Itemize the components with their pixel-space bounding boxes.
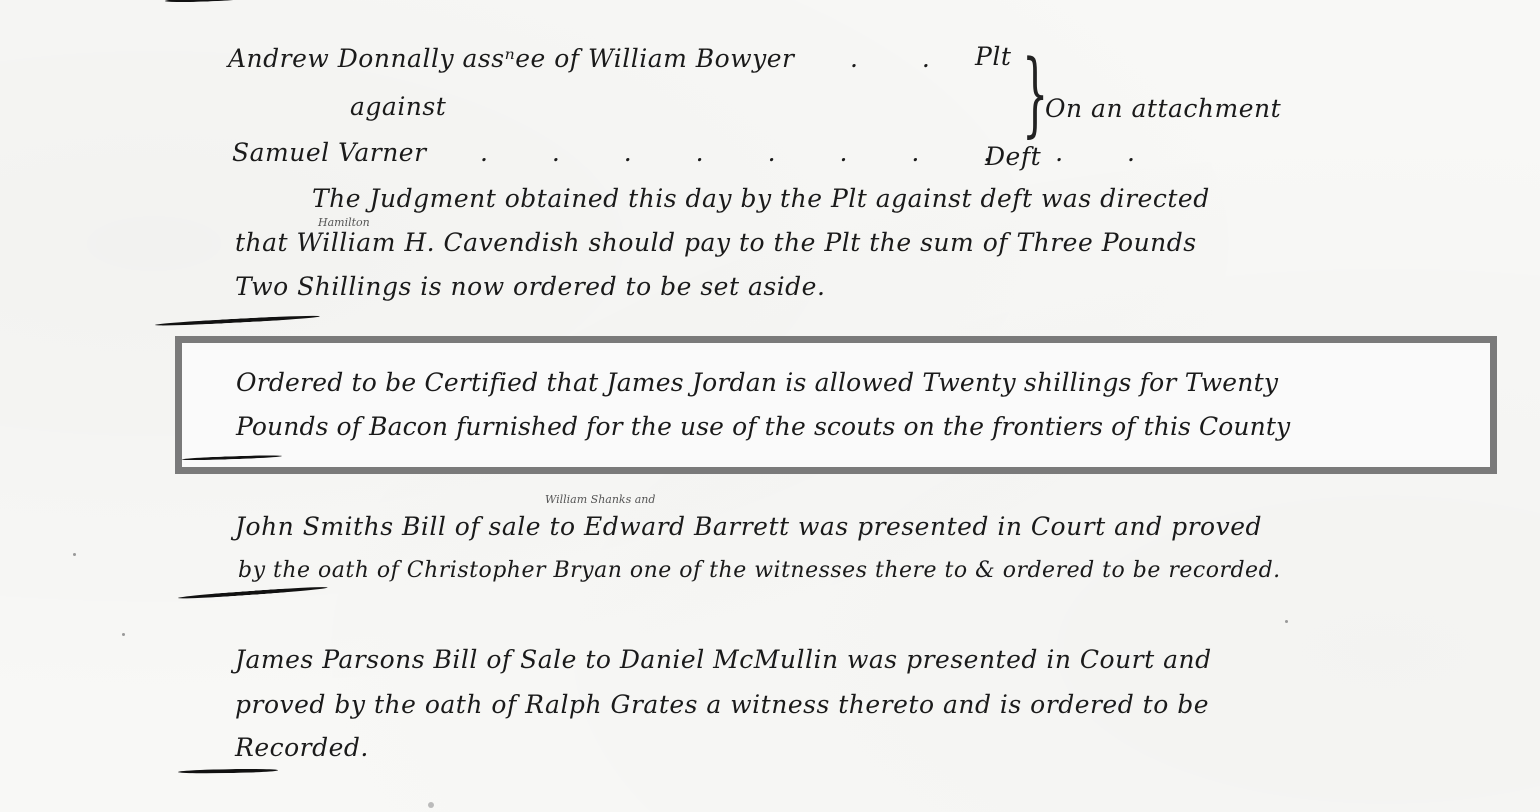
entry-line: that William H. Cavendish should pay to … bbox=[235, 228, 1197, 257]
separator-flourish bbox=[165, 0, 245, 3]
entry-line: proved by the oath of Ralph Grates a wit… bbox=[235, 690, 1209, 719]
document-page: Andrew Donnally assⁿee of William Bowyer… bbox=[0, 0, 1540, 812]
separator-flourish bbox=[155, 314, 320, 327]
case-action: On an attachment bbox=[1045, 94, 1281, 123]
paper-speck bbox=[73, 553, 76, 556]
paper-speck bbox=[428, 802, 434, 808]
case-against: against bbox=[350, 92, 446, 121]
entry-line: John Smiths Bill of sale to Edward Barre… bbox=[235, 512, 1262, 541]
highlighted-entry-box bbox=[175, 336, 1497, 474]
leader-dots: . . bbox=[850, 44, 958, 73]
highlighted-entry-line: Ordered to be Certified that James Jorda… bbox=[236, 368, 1278, 397]
interlineation: William Shanks and bbox=[545, 493, 655, 506]
leader-dots: . . . . . . . . . . bbox=[480, 138, 1163, 167]
entry-line: by the oath of Christopher Bryan one of … bbox=[238, 558, 1281, 583]
case-plaintiff-line: Andrew Donnally assⁿee of William Bowyer bbox=[228, 44, 794, 73]
entry-line: Two Shillings is now ordered to be set a… bbox=[235, 272, 825, 301]
case-defendant-line: Samuel Varner bbox=[232, 138, 427, 167]
entry-line: Recorded. bbox=[235, 733, 369, 762]
separator-flourish bbox=[178, 586, 328, 600]
paper-speck bbox=[1285, 620, 1288, 623]
highlighted-entry-line: Pounds of Bacon furnished for the use of… bbox=[236, 412, 1290, 441]
plaintiff-role: Plt bbox=[975, 42, 1011, 71]
separator-flourish bbox=[178, 768, 278, 774]
entry-line: The Judgment obtained this day by the Pl… bbox=[312, 184, 1210, 213]
entry-line: James Parsons Bill of Sale to Daniel McM… bbox=[235, 645, 1212, 674]
paper-speck bbox=[122, 633, 125, 636]
